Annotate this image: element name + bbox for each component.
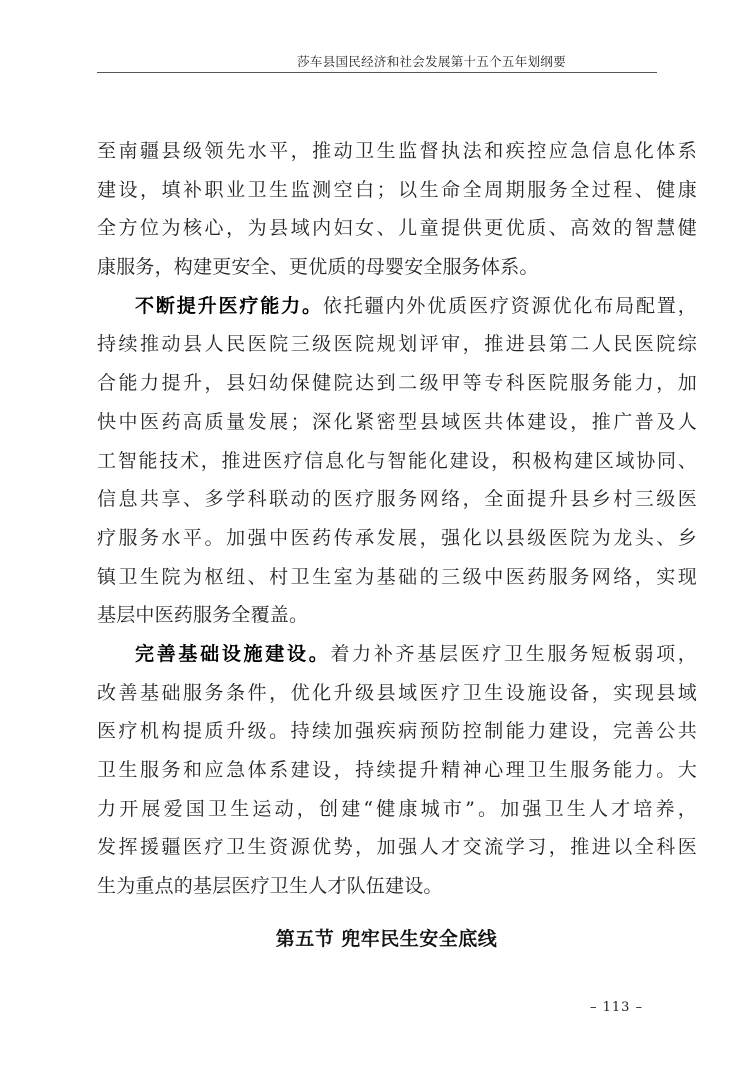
text-line: 疗服务水平。加强中医药传承发展，强化以县级医院为龙头、乡 [97,519,697,558]
text-line: 基层中医药服务全覆盖。 [97,596,697,635]
paragraph-continuation: 至南疆县级领先水平，推动卫生监督执法和疾控应急信息化体系 建设，填补职业卫生监测… [97,132,697,287]
text-run: 着力补齐基层医疗卫生服务短板弱项， [330,643,697,665]
text-line: 合能力提升，县妇幼保健院达到二级甲等专科医院服务能力，加 [97,364,697,403]
paragraph-lead-heading: 不断提升医疗能力。 [135,295,323,317]
text-line: 信息共享、多学科联动的医疗服务网络，全面提升县乡村三级医 [97,480,697,519]
page-number: – 113 – [590,1000,643,1015]
text-line: 卫生服务和应急体系建设，持续提升精神心理卫生服务能力。大 [97,751,697,790]
header-divider [97,72,657,73]
running-header-title: 莎车县国民经济和社会发展第十五个五年划纲要 [0,52,753,70]
text-line: 持续推动县人民医院三级医院规划评审，推进县第二人民医院综 [97,325,697,364]
text-line-first: 完善基础设施建设。着力补齐基层医疗卫生服务短板弱项， [97,635,697,674]
text-line: 力开展爱国卫生运动，创建“健康城市”。加强卫生人才培养， [97,790,697,829]
text-run: 依托疆内外优质医疗资源优化布局配置， [323,295,697,317]
text-line: 康服务，构建更安全、更优质的母婴安全服务体系。 [97,248,697,287]
text-line: 建设，填补职业卫生监测空白；以生命全周期服务全过程、健康 [97,171,697,210]
text-line: 全方位为核心，为县域内妇女、儿童提供更优质、高效的智慧健 [97,209,697,248]
text-line: 发挥援疆医疗卫生资源优势，加强人才交流学习，推进以全科医 [97,828,697,867]
body-text: 至南疆县级领先水平，推动卫生监督执法和疾控应急信息化体系 建设，填补职业卫生监测… [97,132,697,906]
text-line: 快中医药高质量发展；深化紧密型县域医共体建设，推广普及人 [97,403,697,442]
text-line: 改善基础服务条件，优化升级县域医疗卫生设施设备，实现县域 [97,674,697,713]
text-line: 医疗机构提质升级。持续加强疾病预防控制能力建设，完善公共 [97,712,697,751]
paragraph-medical-capacity: 不断提升医疗能力。依托疆内外优质医疗资源优化布局配置， 持续推动县人民医院三级医… [97,287,697,635]
text-line: 镇卫生院为枢纽、村卫生室为基础的三级中医药服务网络，实现 [97,558,697,597]
text-line: 生为重点的基层医疗卫生人才队伍建设。 [97,867,697,906]
text-line-first: 不断提升医疗能力。依托疆内外优质医疗资源优化布局配置， [97,287,697,326]
text-line: 工智能技术，推进医疗信息化与智能化建设，积极构建区域协同、 [97,442,697,481]
text-line: 至南疆县级领先水平，推动卫生监督执法和疾控应急信息化体系 [97,132,697,171]
section-heading: 第五节 兜牢民生安全底线 [0,924,753,951]
paragraph-lead-heading: 完善基础设施建设。 [135,643,330,665]
paragraph-infrastructure: 完善基础设施建设。着力补齐基层医疗卫生服务短板弱项， 改善基础服务条件，优化升级… [97,635,697,906]
